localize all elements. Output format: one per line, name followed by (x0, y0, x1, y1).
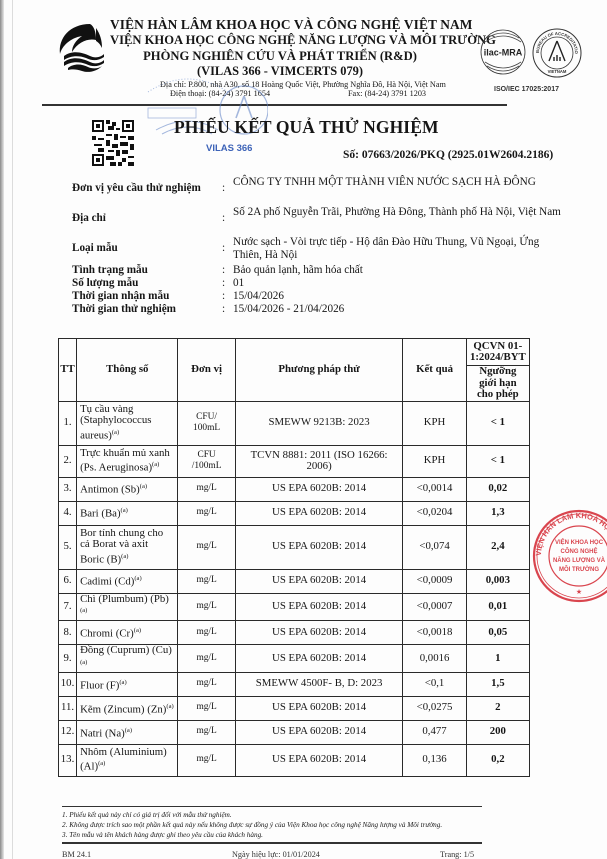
cell-tt: 1. (59, 401, 77, 445)
cell-method: US EPA 6020B: 2014 (235, 593, 403, 621)
institute-name: VIỆN KHOA HỌC CÔNG NGHỆ NĂNG LƯỢNG VÀ MÔ… (110, 33, 450, 48)
official-seal-icon: VIỆN HÀN LÂM KHOA HỌC VÀ CÔNG NGHỆ VIỆN … (531, 508, 607, 604)
cell-result: 0,0016 (403, 645, 466, 673)
table-row: 9.Đồng (Cuprum) (Cu)(a)mg/LUS EPA 6020B:… (59, 645, 530, 673)
info-label: Tình trạng mẫu (72, 264, 148, 276)
cell-method: SMEWW 4500F- B, D: 2023 (235, 672, 403, 696)
accredited-marker: (a) (140, 483, 147, 490)
header-divider (42, 104, 507, 106)
cell-limit: 0,003 (466, 569, 529, 593)
table-row: 4.Bari (Ba)(a)mg/LUS EPA 6020B: 2014<0,0… (59, 501, 530, 525)
svg-text:VIETNAM: VIETNAM (548, 69, 567, 74)
accredited-marker: (a) (125, 727, 132, 734)
cell-unit: mg/L (178, 696, 235, 720)
cell-unit: mg/L (178, 645, 235, 673)
cell-method: SMEWW 9213B: 2023 (235, 401, 403, 445)
scan-edge-shadow (0, 0, 4, 859)
parameter-name: Chromi (Cr) (80, 628, 134, 640)
table-row: 11.Kẽm (Zincum) (Zn)(a)mg/LUS EPA 6020B:… (59, 696, 530, 720)
cell-unit: mg/L (178, 477, 235, 501)
qr-code-icon[interactable] (92, 120, 134, 166)
cell-parameter: Đồng (Cuprum) (Cu)(a) (77, 645, 178, 673)
cell-parameter: Tụ cầu vàng (Staphylococcus aureus)(a) (77, 401, 178, 445)
parameter-name: Đồng (Cuprum) (Cu) (80, 644, 172, 656)
col-header-result: Kết quả (403, 339, 466, 402)
table-row: 8.Chromi (Cr)(a)mg/LUS EPA 6020B: 2014<0… (59, 621, 530, 645)
institute-logo-icon (56, 20, 106, 74)
footer-note-1: 1. Phiếu kết quả này chỉ có giá trị đối … (62, 811, 232, 819)
footer-note-2: 2. Không được trích sao một phần kết quả… (62, 821, 442, 829)
cell-limit: < 1 (466, 445, 529, 477)
cell-tt: 7. (59, 593, 77, 621)
cell-unit: mg/L (178, 720, 235, 744)
cell-limit: 0,02 (466, 477, 529, 501)
svg-text:BUREAU OF ACCREDITATION: BUREAU OF ACCREDITATION (531, 27, 579, 55)
cell-result: <0,0014 (403, 477, 466, 501)
cell-parameter: Bor tính chung cho cả Borat và axit Bori… (77, 525, 178, 569)
info-value: 15/04/2026 - 21/04/2026 (233, 303, 563, 316)
col-header-limit: Ngưỡng giới hạn cho phép (466, 366, 529, 402)
col-header-standard: QCVN 01-1:2024/BYT (466, 339, 529, 366)
cell-result: <0,0204 (403, 501, 466, 525)
svg-text:★: ★ (576, 588, 582, 596)
info-colon: : (222, 212, 225, 224)
cell-result: 0,477 (403, 720, 466, 744)
cell-limit: 2,4 (466, 525, 529, 569)
accredited-marker: (a) (121, 507, 128, 514)
cell-limit: 0,01 (466, 593, 529, 621)
svg-text:ilac-MRA: ilac-MRA (484, 48, 523, 58)
document-number: Số: 07663/2026/PKQ (2925.01W2604.2186) (343, 149, 553, 161)
cell-method: US EPA 6020B: 2014 (235, 501, 403, 525)
accredited-marker: (a) (166, 703, 173, 710)
cell-parameter: Bari (Ba)(a) (77, 501, 178, 525)
info-label: Số lượng mẫu (72, 277, 138, 289)
table-row: 10.Fluor (F)(a)mg/LSMEWW 4500F- B, D: 20… (59, 672, 530, 696)
cell-method: US EPA 6020B: 2014 (235, 569, 403, 593)
cell-method: US EPA 6020B: 2014 (235, 720, 403, 744)
cell-method: US EPA 6020B: 2014 (235, 525, 403, 569)
cell-tt: 11. (59, 696, 77, 720)
table-row: 12.Natri (Na)(a)mg/LUS EPA 6020B: 20140,… (59, 720, 530, 744)
info-value: 15/04/2026 (233, 290, 563, 303)
cell-limit: 200 (466, 720, 529, 744)
ilac-mra-logo-icon: ilac-MRA (479, 28, 527, 76)
cell-parameter: Chromi (Cr)(a) (77, 621, 178, 645)
table-row: 5.Bor tính chung cho cả Borat và axit Bo… (59, 525, 530, 569)
cell-unit: mg/L (178, 569, 235, 593)
cell-parameter: Kẽm (Zincum) (Zn)(a) (77, 696, 178, 720)
accredited-marker: (a) (98, 760, 105, 767)
parameter-name: Fluor (F) (80, 679, 119, 691)
cell-limit: 1,3 (466, 501, 529, 525)
info-value: 01 (233, 277, 563, 290)
cell-parameter: Cadimi (Cd)(a) (77, 569, 178, 593)
cell-parameter: Natri (Na)(a) (77, 720, 178, 744)
info-value: Nước sạch - Vòi trực tiếp - Hộ dân Đào H… (233, 236, 563, 261)
info-colon: : (222, 290, 225, 302)
cell-result: <0,074 (403, 525, 466, 569)
col-header-unit: Đơn vị (178, 339, 235, 402)
bureau-of-accreditation-logo-icon: BUREAU OF ACCREDITATION VIETNAM (531, 27, 583, 79)
cell-result: <0,1 (403, 672, 466, 696)
table-row: 6.Cadimi (Cd)(a)mg/LUS EPA 6020B: 2014<0… (59, 569, 530, 593)
cell-tt: 6. (59, 569, 77, 593)
info-colon: : (222, 242, 225, 254)
cell-tt: 12. (59, 720, 77, 744)
page-number: Trang: 1/5 (440, 850, 474, 859)
accredited-marker: (a) (80, 659, 87, 666)
accredited-marker: (a) (134, 575, 141, 582)
cell-unit: mg/L (178, 621, 235, 645)
accredited-marker: (a) (119, 679, 126, 686)
svg-text:CÔNG NGHỆ: CÔNG NGHỆ (560, 547, 597, 555)
info-colon: : (222, 264, 225, 276)
svg-text:NĂNG LƯỢNG VÀ: NĂNG LƯỢNG VÀ (553, 557, 606, 564)
info-label: Loại mẫu (72, 242, 118, 254)
svg-text:MÔI TRƯỜNG: MÔI TRƯỜNG (559, 565, 599, 573)
cell-parameter: Trực khuẩn mủ xanh (Ps. Aeruginosa)(a) (77, 445, 178, 477)
info-value: Bảo quản lạnh, hãm hóa chất (233, 264, 563, 277)
document-title: PHIẾU KẾT QUẢ THỬ NGHIỆM (174, 117, 439, 138)
cell-result: 0,136 (403, 744, 466, 776)
results-table: TT Thông số Đơn vị Phương pháp thử Kết q… (58, 338, 530, 777)
cell-parameter: Fluor (F)(a) (77, 672, 178, 696)
results-body: 1.Tụ cầu vàng (Staphylococcus aureus)(a)… (59, 401, 530, 776)
footer-divider-bottom (62, 842, 482, 844)
cell-method: US EPA 6020B: 2014 (235, 621, 403, 645)
col-header-method: Phương pháp thử (235, 339, 403, 402)
accredited-marker: (a) (152, 461, 159, 468)
accredited-marker: (a) (112, 429, 119, 436)
cell-unit: mg/L (178, 744, 235, 776)
accredited-marker: (a) (80, 607, 87, 614)
cell-unit: CFU/ 100mL (178, 401, 235, 445)
cell-unit: mg/L (178, 593, 235, 621)
info-label: Đơn vị yêu cầu thử nghiệm (72, 182, 201, 194)
cell-method: US EPA 6020B: 2014 (235, 645, 403, 673)
department-name: PHÒNG NGHIÊN CỨU VÀ PHÁT TRIỂN (R&D) (110, 49, 450, 64)
scan-edge-line (12, 0, 13, 859)
cell-result: KPH (403, 445, 466, 477)
cell-tt: 13. (59, 744, 77, 776)
svg-text:VIỆN KHOA HỌC: VIỆN KHOA HỌC (555, 538, 604, 546)
cell-tt: 5. (59, 525, 77, 569)
parameter-name: Kẽm (Zincum) (Zn) (80, 703, 166, 715)
cell-method: US EPA 6020B: 2014 (235, 696, 403, 720)
cell-tt: 8. (59, 621, 77, 645)
cell-parameter: Chì (Plumbum) (Pb)(a) (77, 593, 178, 621)
table-row: 13.Nhôm (Aluminium) (Al)(a)mg/LUS EPA 60… (59, 744, 530, 776)
cell-result: <0,0007 (403, 593, 466, 621)
parameter-name: Natri (Na) (80, 727, 125, 739)
cell-method: US EPA 6020B: 2014 (235, 477, 403, 501)
parameter-name: Cadimi (Cd) (80, 576, 134, 588)
vilas-label: VILAS 366 (206, 143, 252, 154)
iso-standard-label: ISO/IEC 17025:2017 (494, 86, 559, 93)
col-header-parameter: Thông số (77, 339, 178, 402)
cell-limit: 0,2 (466, 744, 529, 776)
cell-limit: < 1 (466, 401, 529, 445)
academy-name: VIỆN HÀN LÂM KHOA HỌC VÀ CÔNG NGHỆ VIỆT … (110, 17, 450, 33)
cell-unit: mg/L (178, 501, 235, 525)
cell-unit: mg/L (178, 672, 235, 696)
col-header-tt: TT (59, 339, 77, 402)
info-label: Địa chỉ (72, 212, 106, 224)
accredited-marker: (a) (121, 553, 128, 560)
parameter-name: Nhôm (Aluminium) (Al) (80, 746, 167, 773)
parameter-name: Antimon (Sb) (80, 484, 140, 496)
effective-date: Ngày hiệu lực: 01/01/2024 (232, 850, 320, 859)
cell-unit: CFU /100mL (178, 445, 235, 477)
accredited-marker: (a) (134, 627, 141, 634)
info-label: Thời gian nhận mẫu (72, 290, 169, 302)
cell-limit: 2 (466, 696, 529, 720)
info-value: Số 2A phố Nguyễn Trãi, Phường Hà Đông, T… (233, 206, 563, 219)
cell-result: <0,0275 (403, 696, 466, 720)
cell-tt: 2. (59, 445, 77, 477)
cell-unit: mg/L (178, 525, 235, 569)
info-colon: : (222, 182, 225, 194)
cell-tt: 9. (59, 645, 77, 673)
cell-limit: 1 (466, 645, 529, 673)
cell-method: TCVN 8881: 2011 (ISO 16266: 2006) (235, 445, 403, 477)
cell-tt: 10. (59, 672, 77, 696)
form-code: BM 24.1 (62, 850, 91, 859)
cell-tt: 3. (59, 477, 77, 501)
info-colon: : (222, 277, 225, 289)
footer-divider (62, 806, 482, 807)
cell-tt: 4. (59, 501, 77, 525)
info-colon: : (222, 303, 225, 315)
footer-note-3: 3. Tên mẫu và tên khách hàng được ghi th… (62, 831, 263, 839)
table-row: 2.Trực khuẩn mủ xanh (Ps. Aeruginosa)(a)… (59, 445, 530, 477)
table-row: 1.Tụ cầu vàng (Staphylococcus aureus)(a)… (59, 401, 530, 445)
info-value: CÔNG TY TNHH MỘT THÀNH VIÊN NƯỚC SẠCH HÀ… (233, 176, 563, 189)
cell-parameter: Antimon (Sb)(a) (77, 477, 178, 501)
cell-method: US EPA 6020B: 2014 (235, 744, 403, 776)
parameter-name: Chì (Plumbum) (Pb) (80, 593, 169, 605)
cell-parameter: Nhôm (Aluminium) (Al)(a) (77, 744, 178, 776)
info-label: Thời gian thử nghiệm (72, 303, 176, 315)
cell-limit: 0,05 (466, 621, 529, 645)
cell-limit: 1,5 (466, 672, 529, 696)
cell-result: <0,0018 (403, 621, 466, 645)
cell-result: KPH (403, 401, 466, 445)
cell-result: <0,0009 (403, 569, 466, 593)
institute-fax: Fax: (84-24) 3791 1203 (348, 89, 426, 98)
table-row: 7.Chì (Plumbum) (Pb)(a)mg/LUS EPA 6020B:… (59, 593, 530, 621)
table-row: 3.Antimon (Sb)(a)mg/LUS EPA 6020B: 2014<… (59, 477, 530, 501)
parameter-name: Bari (Ba) (80, 508, 120, 520)
